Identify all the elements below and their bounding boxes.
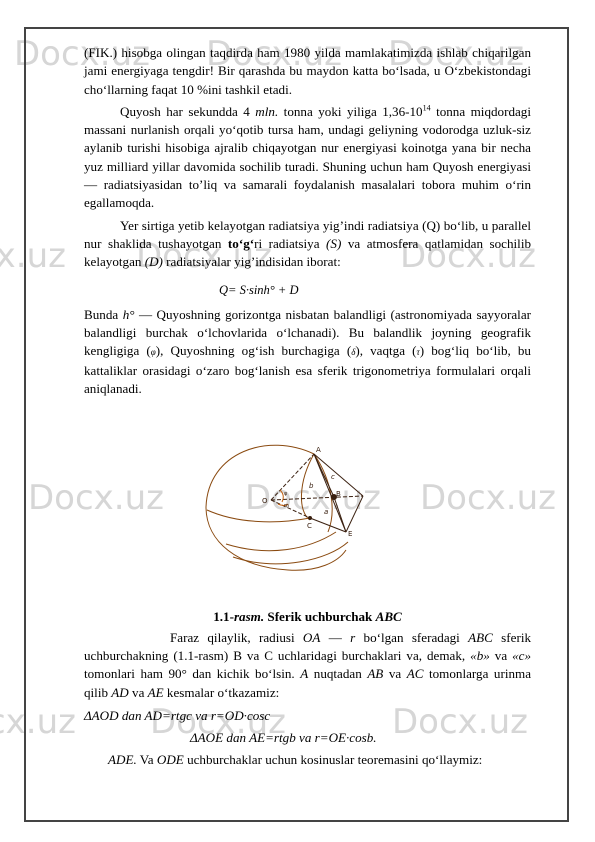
equation-aod: ΔAOD dan AD=rtgc va r=OD·cosc bbox=[84, 707, 531, 725]
label-C: C bbox=[307, 522, 312, 530]
exponent: 14 bbox=[423, 104, 431, 113]
paragraph-3: Yer sirtiga yetib kelayotgan radiatsiya … bbox=[84, 217, 531, 272]
label-b: b bbox=[309, 482, 314, 490]
sym: ODE bbox=[157, 752, 184, 767]
text: tonna yoki yiliga 1,36-10 bbox=[278, 104, 422, 119]
text: tomonlari ham 90° dan kichik bo‘lsin. bbox=[84, 666, 300, 681]
label-a: a bbox=[324, 508, 328, 516]
paragraph-1: (FIK.) hisobga olingan taqdirda ham 1980… bbox=[84, 44, 531, 99]
label-O: O bbox=[262, 497, 268, 505]
label-E: E bbox=[348, 530, 352, 538]
caption-text: Sferik uchburchak bbox=[264, 609, 375, 624]
figure-spherical-triangle: A O B C E b c a φ m bbox=[84, 432, 531, 602]
sym: AD bbox=[111, 685, 128, 700]
text: nuqtadan bbox=[308, 666, 367, 681]
caption-number: 1.1- bbox=[213, 609, 234, 624]
label-phi: φ bbox=[284, 491, 288, 497]
sym: AC bbox=[407, 666, 424, 681]
text: ri radiatsiya bbox=[254, 236, 326, 251]
symbol-D: (D) bbox=[145, 254, 163, 269]
sym: «b» bbox=[470, 648, 490, 663]
text: Quyosh har sekundda 4 bbox=[120, 104, 255, 119]
text: tonna miqdordagi massani nurlanish orqal… bbox=[84, 104, 531, 210]
paragraph-4: Bunda h° — Quyoshning gorizontga nisbata… bbox=[84, 306, 531, 398]
text: Va bbox=[137, 752, 157, 767]
sym: AE bbox=[148, 685, 164, 700]
symbol-S: (S) bbox=[326, 236, 341, 251]
bold-text: to‘g‘ bbox=[228, 236, 254, 251]
label-c: c bbox=[331, 473, 335, 481]
sym: AB bbox=[367, 666, 383, 681]
spherical-triangle-diagram: A O B C E b c a φ m bbox=[198, 432, 398, 577]
sym: OA bbox=[303, 630, 320, 645]
paragraph-5: Faraz qilaylik, radiusi OA — r bo‘lgan s… bbox=[84, 629, 531, 702]
equation-aoe: ΔAOE dan AE=rtgb va r=OE·cosb. bbox=[84, 729, 531, 747]
caption-abc: ABC bbox=[376, 609, 402, 624]
paragraph-6: ADE. Va ODE uchburchaklar uchun kosinusl… bbox=[84, 751, 531, 769]
sym: ADE. bbox=[108, 752, 137, 767]
label-B: B bbox=[336, 490, 341, 498]
label-m: m bbox=[284, 503, 289, 509]
text: va bbox=[129, 685, 148, 700]
text: ), Quyoshning og‘ish burchagiga ( bbox=[156, 343, 351, 358]
text: va bbox=[490, 648, 512, 663]
text: uchburchaklar uchun kosinuslar teoremasi… bbox=[184, 752, 483, 767]
text: — bbox=[320, 630, 350, 645]
paragraph-2: Quyosh har sekundda 4 mln. tonna yoki yi… bbox=[84, 103, 531, 213]
text: va bbox=[383, 666, 406, 681]
text: ), vaqtga ( bbox=[355, 343, 416, 358]
symbol-h: h° bbox=[123, 307, 135, 322]
unit-mln: mln. bbox=[255, 104, 278, 119]
caption-rasm: rasm. bbox=[234, 609, 264, 624]
formula-radiation: Q= S·sinh° + D bbox=[84, 281, 531, 299]
sym: ABC bbox=[468, 630, 493, 645]
text: radiatsiyalar yig’indisidan iborat: bbox=[163, 254, 341, 269]
text: kesmalar o‘tkazamiz: bbox=[164, 685, 280, 700]
label-A: A bbox=[316, 446, 321, 454]
sym: «c» bbox=[512, 648, 531, 663]
figure-caption: 1.1-rasm. Sferik uchburchak ABC bbox=[84, 608, 531, 626]
document-body: (FIK.) hisobga olingan taqdirda ham 1980… bbox=[84, 44, 531, 770]
text: bo‘lgan sferadagi bbox=[355, 630, 468, 645]
text: Faraz qilaylik, radiusi bbox=[170, 630, 303, 645]
text: Bunda bbox=[84, 307, 123, 322]
